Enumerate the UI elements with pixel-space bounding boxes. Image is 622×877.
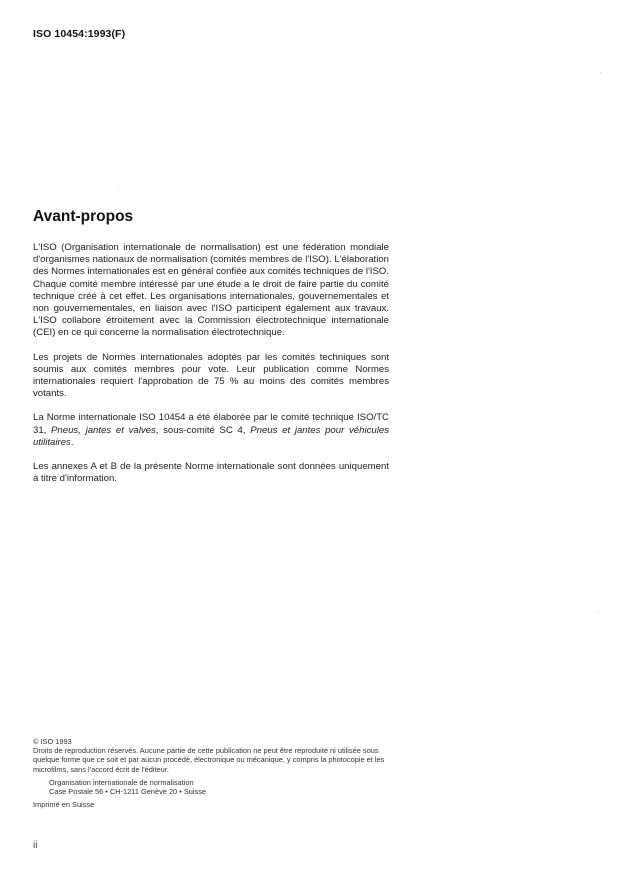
scan-speck <box>600 72 601 73</box>
rights-statement: Droits de reproduction réservés. Aucune … <box>33 746 393 774</box>
foreword-body: L'ISO (Organisation internationale de no… <box>33 242 389 485</box>
section-title: Avant-propos <box>33 208 133 226</box>
postal-address: Case Postale 56 • CH-1211 Genève 20 • Su… <box>49 787 393 796</box>
scan-speck <box>118 186 119 187</box>
paragraph-committee: La Norme internationale ISO 10454 a été … <box>33 412 389 449</box>
copyright-footer: © ISO 1993 Droits de reproduction réserv… <box>33 737 393 809</box>
paragraph-annexes: Les annexes A et B de la présente Norme … <box>33 461 389 485</box>
page-number: ii <box>33 840 37 851</box>
organization-name: Organisation internationale de normalisa… <box>49 778 393 787</box>
paragraph-iso-organization: L'ISO (Organisation internationale de no… <box>33 242 389 340</box>
copyright-notice: © ISO 1993 <box>33 737 393 746</box>
paragraph-voting: Les projets de Normes internationales ad… <box>33 352 389 401</box>
committee-text-middle: , sous-comité SC 4, <box>156 425 250 436</box>
document-id: ISO 10454:1993(F) <box>33 28 125 40</box>
committee-text-suffix: . <box>71 437 74 448</box>
scan-speck <box>598 612 599 613</box>
printed-in: Imprimé en Suisse <box>33 800 393 809</box>
committee-title: Pneus, jantes et valves <box>51 425 156 436</box>
publisher-address: Organisation internationale de normalisa… <box>49 778 393 796</box>
